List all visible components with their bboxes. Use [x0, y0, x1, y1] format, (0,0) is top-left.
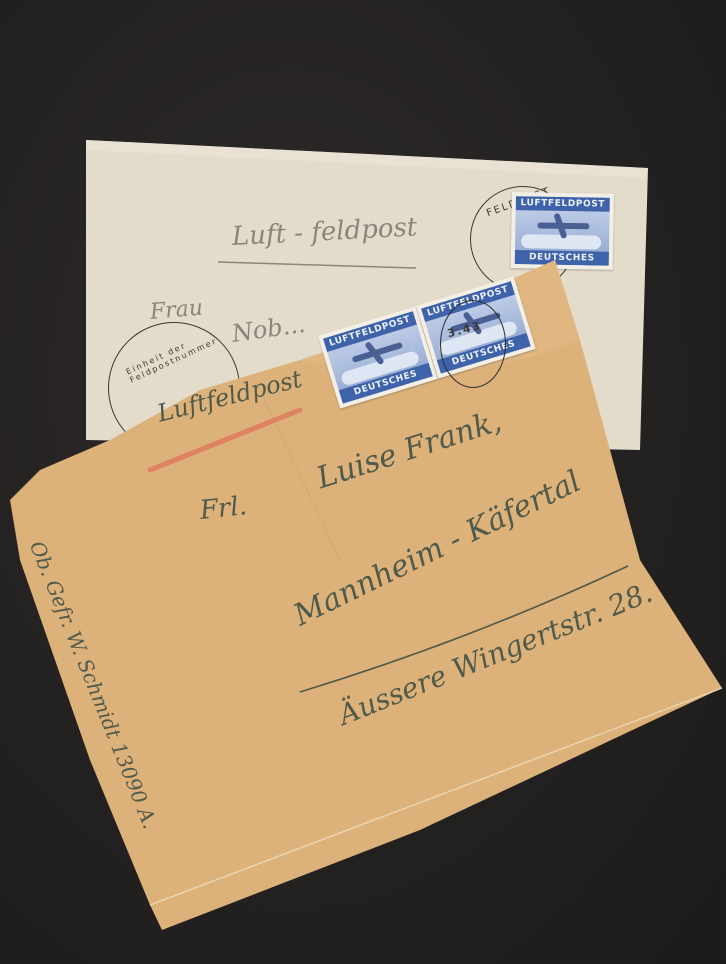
- recipient-title: Frl.: [198, 491, 248, 526]
- front-envelope-postmark: 3.43: [440, 300, 506, 388]
- photo-scene: Luft - feldpost Frau Nob... Einheit der …: [0, 0, 726, 964]
- postmark-date: 3.43: [446, 319, 483, 341]
